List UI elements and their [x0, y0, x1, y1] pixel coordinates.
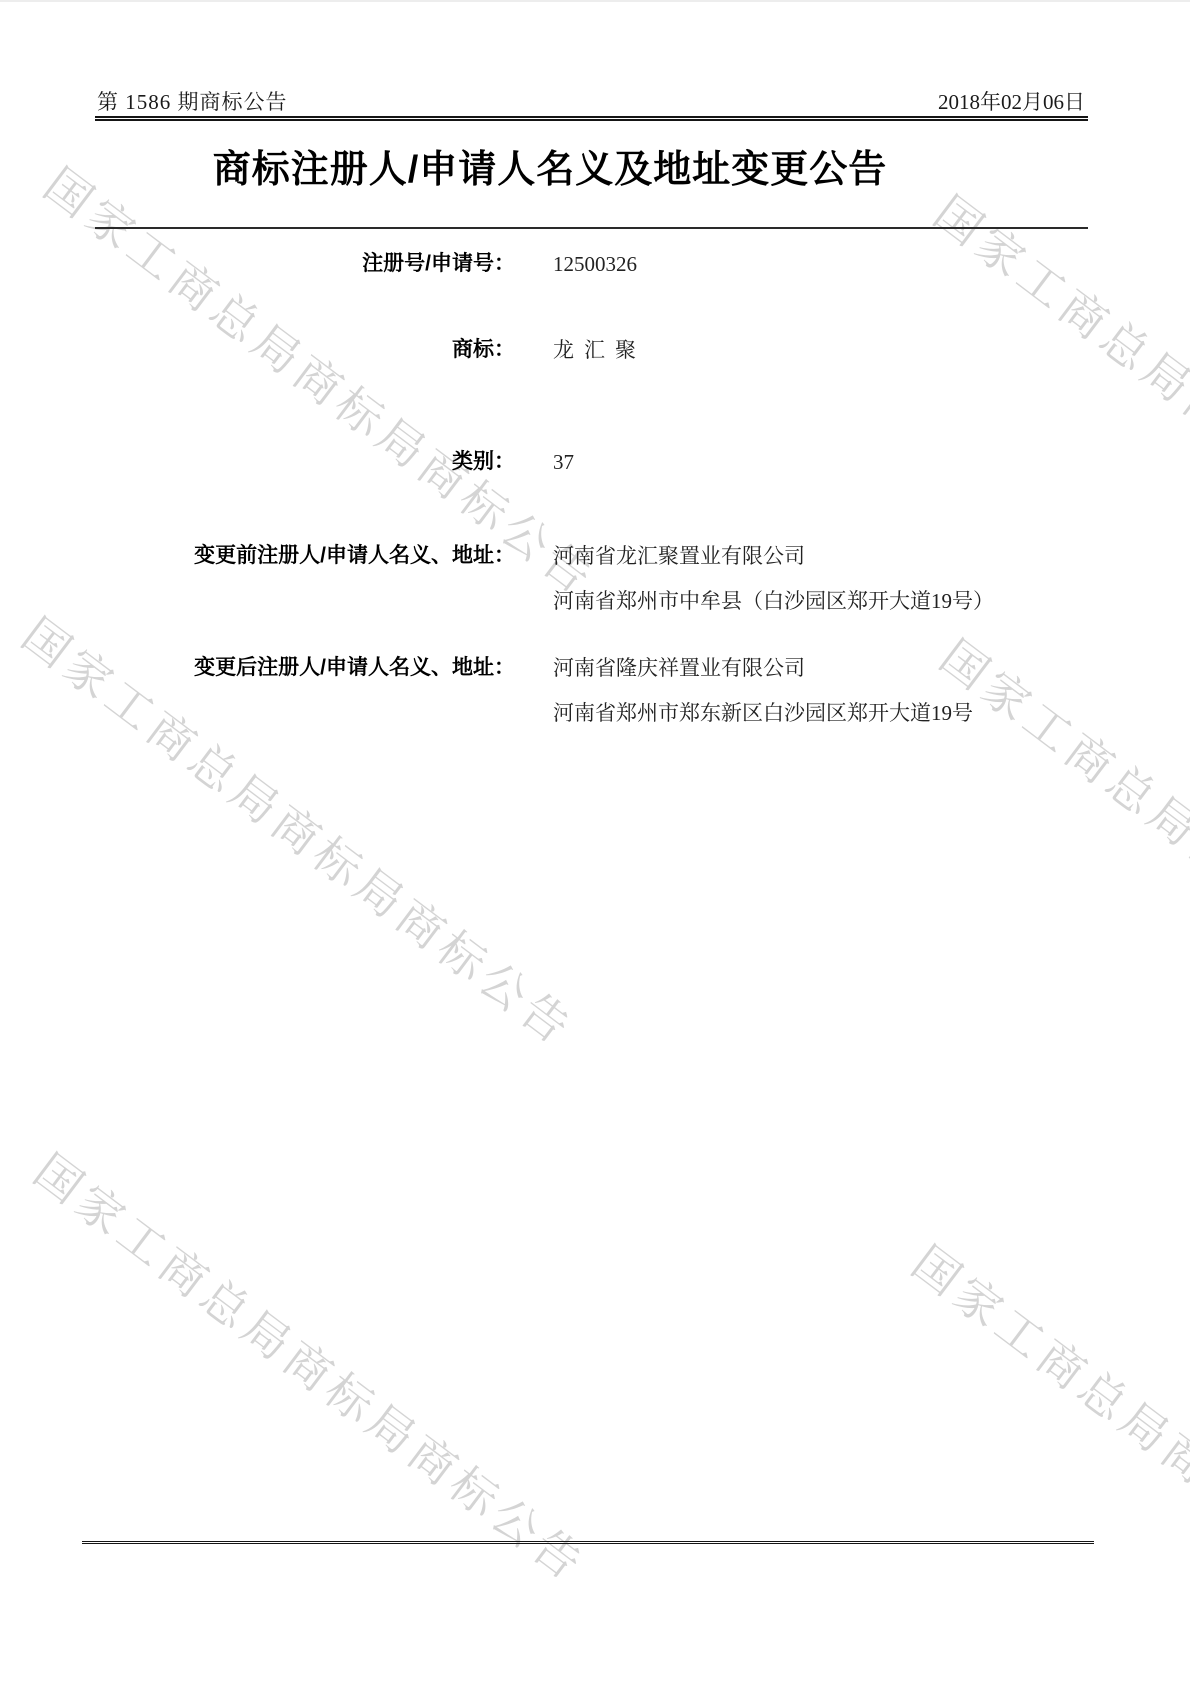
gazette-date: 2018年02月06日 — [938, 86, 1085, 116]
field-value-class: 37 — [553, 448, 1093, 476]
header-rule — [95, 116, 1088, 121]
field-value-trademark: 龙汇聚 — [553, 336, 1093, 364]
field-label-trademark: 商标： — [95, 336, 515, 364]
footer-rule — [82, 1541, 1094, 1544]
field-label-registration-number: 注册号/申请号： — [95, 250, 515, 278]
field-value-before-change-address: 河南省郑州市中牟县（白沙园区郑开大道19号） — [553, 587, 1093, 615]
field-value-after-change-address: 河南省郑州市郑东新区白沙园区郑开大道19号 — [553, 699, 1093, 727]
gazette-page: 国家工商总局商标局商标公告 国家工商总局商标局商标公告 国家工商总局商标局商标公… — [0, 0, 1190, 1684]
field-value-before-change-name: 河南省龙汇聚置业有限公司 — [553, 542, 1093, 570]
title-rule — [95, 227, 1088, 229]
field-label-before-change: 变更前注册人/申请人名义、地址： — [95, 542, 515, 570]
field-value-after-change-name: 河南省隆庆祥置业有限公司 — [553, 654, 1093, 682]
page-title: 商标注册人/申请人名义及地址变更公告 — [95, 138, 1005, 193]
field-value-registration-number: 12500326 — [553, 250, 1093, 278]
field-label-class: 类别： — [95, 448, 515, 476]
field-label-after-change: 变更后注册人/申请人名义、地址： — [95, 654, 515, 682]
content-layer: 第 1586 期商标公告 2018年02月06日 商标注册人/申请人名义及地址变… — [0, 0, 1190, 1684]
gazette-issue-number: 第 1586 期商标公告 — [97, 86, 288, 116]
